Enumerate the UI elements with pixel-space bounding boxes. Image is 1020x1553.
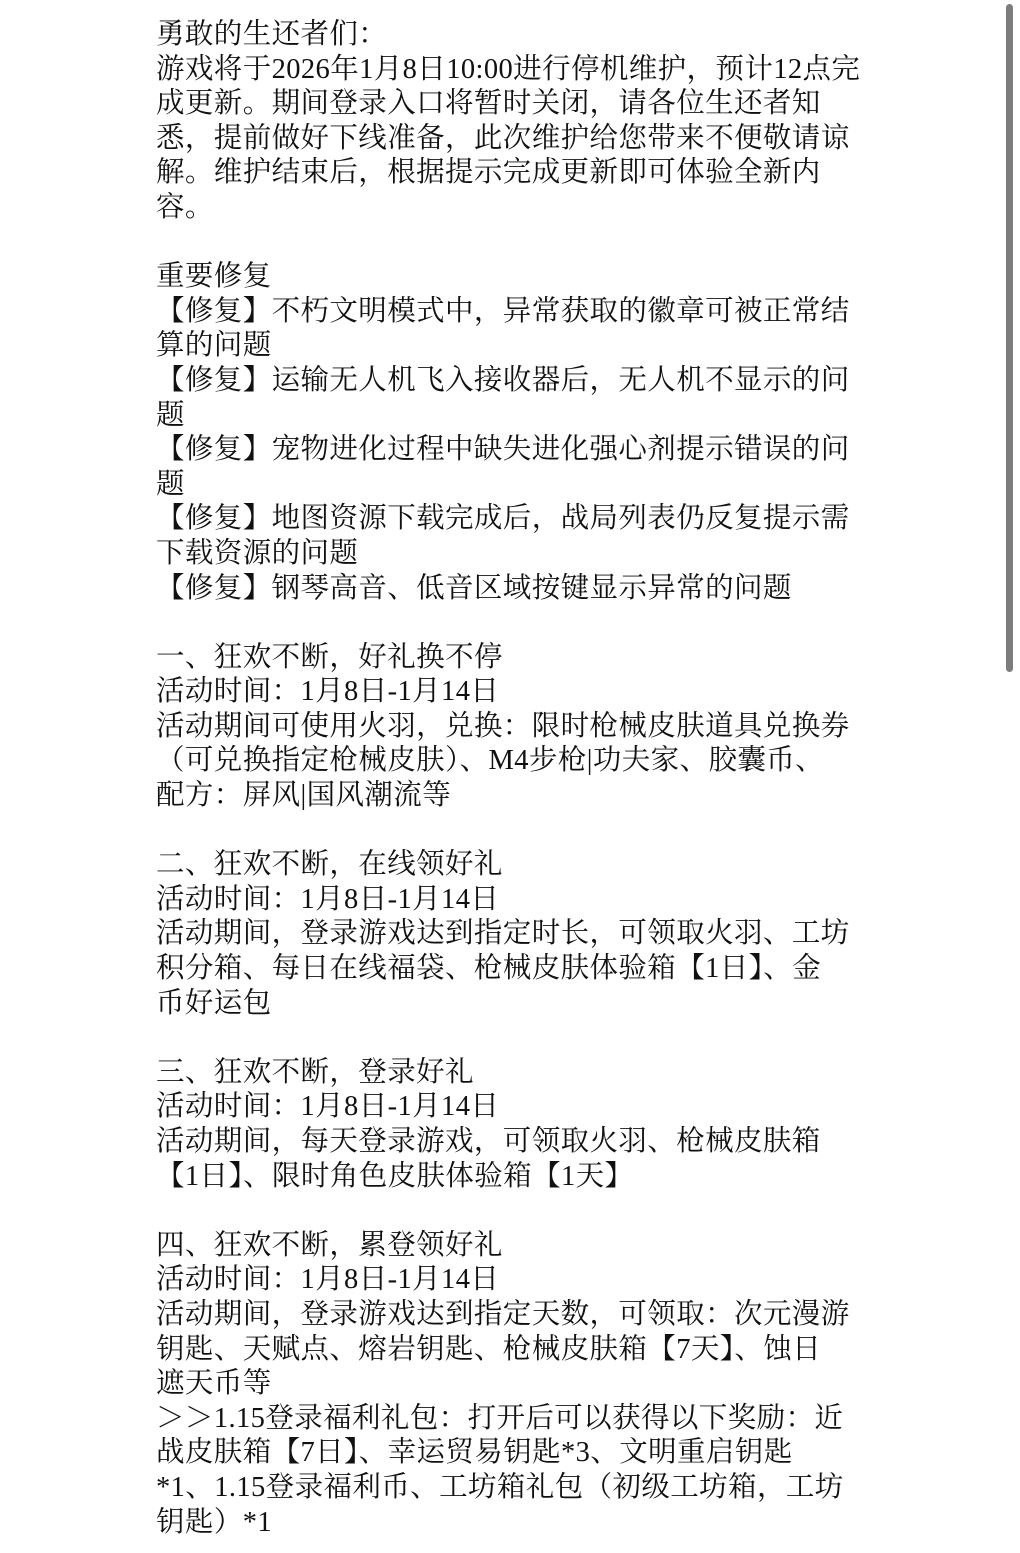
- spacer: [156, 606, 876, 641]
- fix-line: 【修复】运输无人机飞入接收器后，无人机不显示的问: [156, 364, 876, 399]
- fixes-section: 重要修复 【修复】不朽文明模式中，异常获取的徽章可被正常结 算的问题 【修复】运…: [156, 260, 876, 606]
- event-title: 三、狂欢不断，登录好礼: [156, 1056, 876, 1091]
- event-desc-line: *1、1.15登录福利币、工坊箱礼包（初级工坊箱，工坊: [156, 1471, 876, 1506]
- event-section-1: 一、狂欢不断，好礼换不停 活动时间：1月8日-1月14日 活动期间可使用火羽，兑…: [156, 641, 876, 814]
- event-title: 四、狂欢不断，累登领好礼: [156, 1229, 876, 1264]
- fix-line: 【修复】宠物进化过程中缺失进化强心剂提示错误的问: [156, 433, 876, 468]
- event-desc-line: 活动期间可使用火羽，兑换：限时枪械皮肤道具兑换券: [156, 710, 876, 745]
- intro-line: 悉，提前做好下线准备，此次维护给您带来不便敬请谅: [156, 122, 876, 157]
- intro-line: 游戏将于2026年1月8日10:00进行停机维护，预计12点完: [156, 53, 876, 88]
- event-time: 活动时间：1月8日-1月14日: [156, 1263, 876, 1298]
- fix-line: 算的问题: [156, 329, 876, 364]
- event-desc-line: 币好运包: [156, 987, 876, 1022]
- spacer: [156, 814, 876, 849]
- event-desc-line: 活动期间，每天登录游戏，可领取火羽、枪械皮肤箱: [156, 1125, 876, 1160]
- fix-line: 题: [156, 399, 876, 434]
- event-desc-line: 配方：屏风|国风潮流等: [156, 779, 876, 814]
- spacer: [156, 226, 876, 261]
- fix-line: 【修复】不朽文明模式中，异常获取的徽章可被正常结: [156, 295, 876, 330]
- intro-paragraph: 游戏将于2026年1月8日10:00进行停机维护，预计12点完 成更新。期间登录…: [156, 53, 876, 226]
- event-time: 活动时间：1月8日-1月14日: [156, 675, 876, 710]
- event-desc-line: 钥匙）*1: [156, 1506, 876, 1541]
- intro-line: 容。: [156, 191, 876, 226]
- event-desc-line: 【1日】、限时角色皮肤体验箱【1天】: [156, 1160, 876, 1195]
- fix-line: 题: [156, 468, 876, 503]
- event-desc-line: 战皮肤箱【7日】、幸运贸易钥匙*3、文明重启钥匙: [156, 1436, 876, 1471]
- greeting: 勇敢的生还者们：: [156, 18, 876, 53]
- fixes-title: 重要修复: [156, 260, 876, 295]
- spacer: [156, 1194, 876, 1229]
- event-time: 活动时间：1月8日-1月14日: [156, 883, 876, 918]
- event-desc-line: （可兑换指定枪械皮肤）、M4步枪|功夫家、胶囊币、: [156, 744, 876, 779]
- vertical-scrollbar-thumb[interactable]: [1006, 4, 1013, 672]
- event-desc-line: 钥匙、天赋点、熔岩钥匙、枪械皮肤箱【7天】、蚀日: [156, 1333, 876, 1368]
- event-desc-line: 活动期间，登录游戏达到指定天数，可领取：次元漫游: [156, 1298, 876, 1333]
- event-section-4: 四、狂欢不断，累登领好礼 活动时间：1月8日-1月14日 活动期间，登录游戏达到…: [156, 1229, 876, 1540]
- fix-line: 下载资源的问题: [156, 537, 876, 572]
- fix-line: 【修复】钢琴高音、低音区域按键显示异常的问题: [156, 572, 876, 607]
- event-title: 一、狂欢不断，好礼换不停: [156, 641, 876, 676]
- event-time: 活动时间：1月8日-1月14日: [156, 1090, 876, 1125]
- fix-line: 【修复】地图资源下载完成后，战局列表仍反复提示需: [156, 502, 876, 537]
- event-title: 二、狂欢不断，在线领好礼: [156, 848, 876, 883]
- intro-line: 解。维护结束后，根据提示完成更新即可体验全新内: [156, 156, 876, 191]
- intro-line: 成更新。期间登录入口将暂时关闭，请各位生还者知: [156, 87, 876, 122]
- event-section-3: 三、狂欢不断，登录好礼 活动时间：1月8日-1月14日 活动期间，每天登录游戏，…: [156, 1056, 876, 1194]
- event-desc-line: ＞＞1.15登录福利礼包：打开后可以获得以下奖励：近: [156, 1402, 876, 1437]
- event-desc-line: 活动期间，登录游戏达到指定时长，可领取火羽、工坊: [156, 917, 876, 952]
- event-desc-line: 积分箱、每日在线福袋、枪械皮肤体验箱【1日】、金: [156, 952, 876, 987]
- event-desc-line: 遮天币等: [156, 1367, 876, 1402]
- announcement-document: 勇敢的生还者们： 游戏将于2026年1月8日10:00进行停机维护，预计12点完…: [156, 18, 876, 1540]
- spacer: [156, 1021, 876, 1056]
- event-section-2: 二、狂欢不断，在线领好礼 活动时间：1月8日-1月14日 活动期间，登录游戏达到…: [156, 848, 876, 1021]
